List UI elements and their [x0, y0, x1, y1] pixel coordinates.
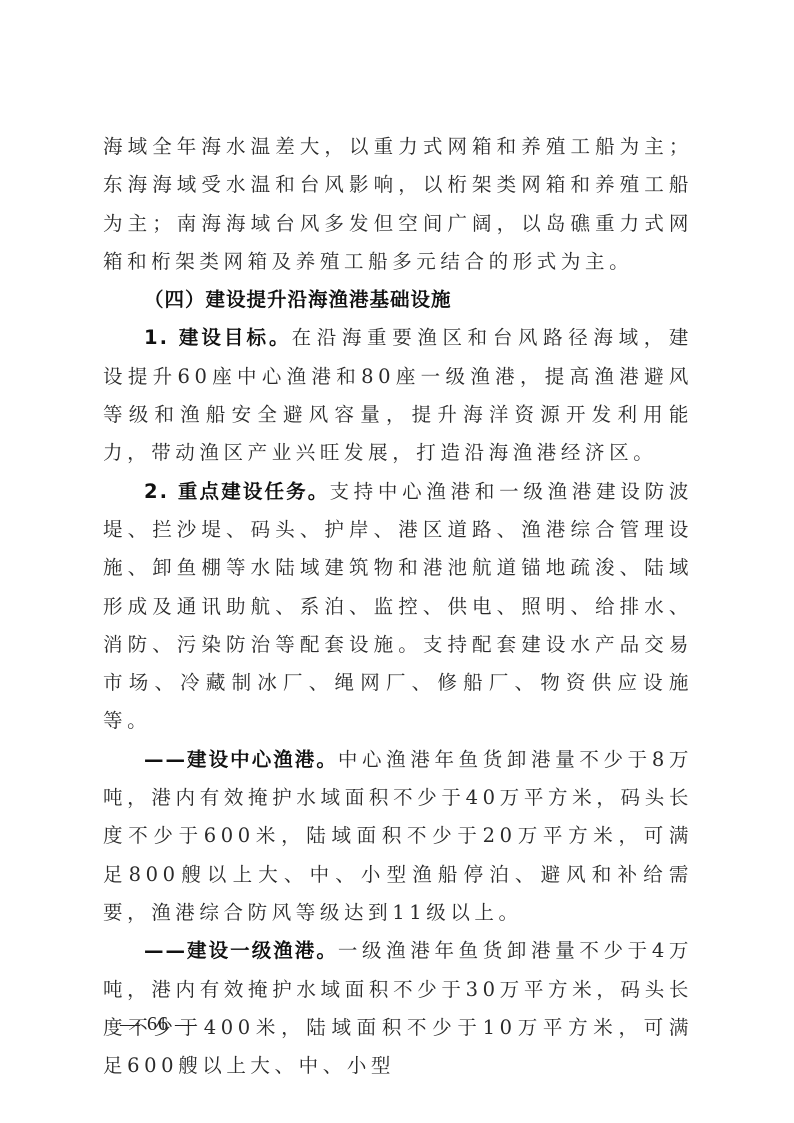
paragraph-text: 中心渔港年鱼货卸港量不少于8万吨，港内有效掩护水域面积不少于40万平方米，码头长… [103, 748, 693, 924]
document-page: 海域全年海水温差大，以重力式网箱和养殖工船为主；东海海域受水温和台风影响，以桁架… [0, 0, 794, 1123]
section-heading: （四）建设提升沿海渔港基础设施 [103, 281, 693, 319]
paragraph-lead: ——建设中心渔港。 [144, 748, 338, 771]
paragraph-lead: ——建设一级渔港。 [144, 939, 338, 962]
paragraph-key-tasks: 2. 重点建设任务。支持中心渔港和一级渔港建设防波堤、拦沙堤、码头、护岸、港区道… [103, 473, 693, 741]
paragraph-lead: 1. 建设目标。 [144, 326, 292, 349]
paragraph-first-class-port: ——建设一级渔港。一级渔港年鱼货卸港量不少于4万吨，港内有效掩护水域面积不少于3… [103, 932, 693, 1085]
paragraph-central-port: ——建设中心渔港。中心渔港年鱼货卸港量不少于8万吨，港内有效掩护水域面积不少于4… [103, 741, 693, 932]
page-number: — 66 — [120, 1013, 196, 1036]
paragraph-text: 支持中心渔港和一级渔港建设防波堤、拦沙堤、码头、护岸、港区道路、渔港综合管理设施… [103, 480, 693, 733]
paragraph-continuation: 海域全年海水温差大，以重力式网箱和养殖工船为主；东海海域受水温和台风影响，以桁架… [103, 128, 693, 281]
paragraph-text: 海域全年海水温差大，以重力式网箱和养殖工船为主；东海海域受水温和台风影响，以桁架… [103, 135, 693, 273]
document-body: 海域全年海水温差大，以重力式网箱和养殖工船为主；东海海域受水温和台风影响，以桁架… [103, 128, 693, 1085]
paragraph-lead: 2. 重点建设任务。 [144, 480, 329, 503]
paragraph-construction-goal: 1. 建设目标。在沿海重要渔区和台风路径海域，建设提升60座中心渔港和80座一级… [103, 319, 693, 472]
section-heading-text: （四）建设提升沿海渔港基础设施 [144, 288, 452, 311]
